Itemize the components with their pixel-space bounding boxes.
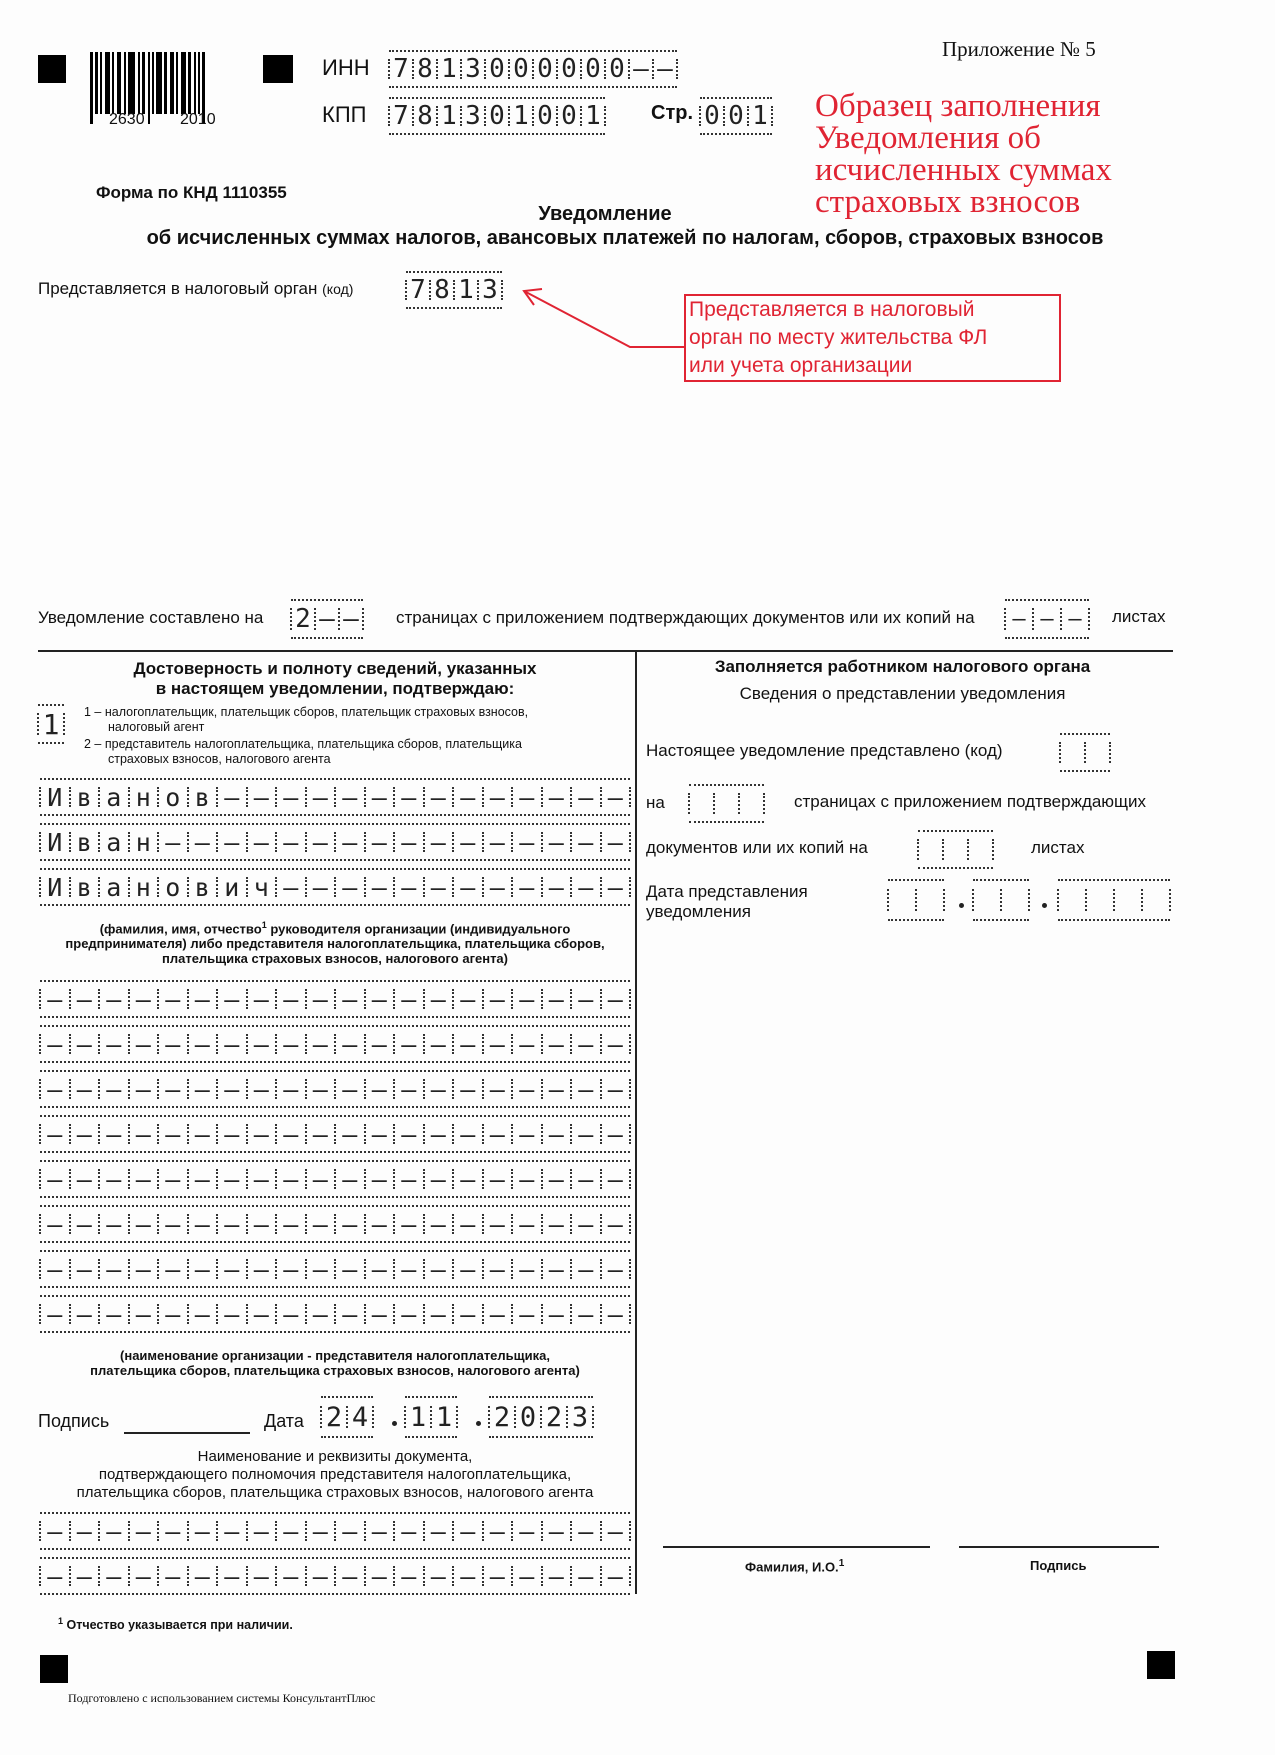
char-cell[interactable]: – <box>99 1559 129 1593</box>
char-cell[interactable]: – <box>394 982 424 1016</box>
char-cell[interactable]: – <box>276 1514 306 1548</box>
char-cell[interactable]: – <box>188 1297 218 1331</box>
char-cell[interactable]: – <box>306 1162 336 1196</box>
char-cell[interactable]: – <box>70 982 100 1016</box>
char-cell[interactable]: – <box>394 1162 424 1196</box>
char-cell[interactable]: – <box>424 780 454 814</box>
char-cell[interactable]: – <box>247 1514 277 1548</box>
char-cell[interactable]: – <box>453 1072 483 1106</box>
name-row[interactable]: Иванов–––––––––––––– <box>40 778 630 816</box>
char-cell[interactable]: – <box>483 982 513 1016</box>
char-cell[interactable]: – <box>483 870 513 904</box>
char-cell[interactable]: – <box>571 825 601 859</box>
char-cell[interactable]: а <box>99 825 129 859</box>
char-cell[interactable] <box>888 881 916 919</box>
char-cell[interactable]: – <box>99 1072 129 1106</box>
char-cell[interactable]: – <box>335 1252 365 1286</box>
char-cell[interactable]: – <box>339 601 363 637</box>
char-cell[interactable]: – <box>217 1072 247 1106</box>
char-cell[interactable]: – <box>217 1559 247 1593</box>
char-cell[interactable]: – <box>394 1207 424 1241</box>
char-cell[interactable]: 3 <box>567 1398 593 1436</box>
char-cell[interactable]: – <box>512 870 542 904</box>
char-cell[interactable]: в <box>188 870 218 904</box>
char-cell[interactable]: – <box>571 982 601 1016</box>
char-cell[interactable]: – <box>453 1252 483 1286</box>
char-cell[interactable]: – <box>424 1297 454 1331</box>
char-cell[interactable]: а <box>99 870 129 904</box>
char-cell[interactable]: – <box>40 1162 70 1196</box>
page-number-field[interactable]: 001 <box>700 97 772 135</box>
char-cell[interactable]: – <box>571 1072 601 1106</box>
char-cell[interactable]: – <box>247 1252 277 1286</box>
char-cell[interactable]: – <box>571 1162 601 1196</box>
char-cell[interactable]: – <box>217 1027 247 1061</box>
char-cell[interactable]: 7 <box>389 99 413 133</box>
received-sheets-field[interactable] <box>918 830 993 869</box>
char-cell[interactable]: – <box>276 1559 306 1593</box>
char-cell[interactable]: – <box>653 52 677 86</box>
char-cell[interactable]: – <box>601 1207 631 1241</box>
char-cell[interactable]: – <box>542 1252 572 1286</box>
char-cell[interactable]: 0 <box>581 52 605 86</box>
char-cell[interactable]: 1 <box>454 273 478 307</box>
char-cell[interactable]: – <box>512 1072 542 1106</box>
char-cell[interactable]: 1 <box>431 1398 457 1436</box>
org-name-row[interactable]: –––––––––––––––––––– <box>40 1070 630 1108</box>
char-cell[interactable]: – <box>512 1162 542 1196</box>
char-cell[interactable]: – <box>188 1072 218 1106</box>
char-cell[interactable]: – <box>571 1514 601 1548</box>
char-cell[interactable]: И <box>40 870 70 904</box>
char-cell[interactable]: – <box>217 1207 247 1241</box>
char-cell[interactable] <box>689 786 714 821</box>
char-cell[interactable]: в <box>70 870 100 904</box>
date-year-field[interactable]: 2023 <box>489 1396 593 1438</box>
char-cell[interactable]: – <box>542 1117 572 1151</box>
org-name-row[interactable]: –––––––––––––––––––– <box>40 1160 630 1198</box>
char-cell[interactable] <box>739 786 764 821</box>
char-cell[interactable]: – <box>158 1072 188 1106</box>
char-cell[interactable]: – <box>306 1072 336 1106</box>
char-cell[interactable]: 8 <box>413 99 437 133</box>
char-cell[interactable]: – <box>335 1027 365 1061</box>
char-cell[interactable]: – <box>217 780 247 814</box>
char-cell[interactable]: – <box>188 1207 218 1241</box>
char-cell[interactable]: – <box>306 1117 336 1151</box>
char-cell[interactable]: – <box>512 1207 542 1241</box>
char-cell[interactable]: – <box>424 1514 454 1548</box>
char-cell[interactable]: – <box>129 1559 159 1593</box>
received-pages-field[interactable] <box>689 784 764 823</box>
char-cell[interactable]: – <box>306 982 336 1016</box>
char-cell[interactable]: – <box>158 1514 188 1548</box>
char-cell[interactable]: – <box>247 1559 277 1593</box>
char-cell[interactable]: – <box>453 1162 483 1196</box>
signature-line[interactable] <box>124 1432 250 1434</box>
char-cell[interactable]: – <box>40 982 70 1016</box>
char-cell[interactable]: – <box>571 1559 601 1593</box>
char-cell[interactable]: – <box>158 1117 188 1151</box>
char-cell[interactable]: – <box>453 1027 483 1061</box>
char-cell[interactable]: – <box>601 1072 631 1106</box>
submission-day-field[interactable] <box>888 879 944 921</box>
char-cell[interactable]: И <box>40 825 70 859</box>
char-cell[interactable]: – <box>306 1027 336 1061</box>
char-cell[interactable]: – <box>276 1117 306 1151</box>
char-cell[interactable]: – <box>453 870 483 904</box>
char-cell[interactable]: о <box>158 780 188 814</box>
char-cell[interactable]: – <box>394 870 424 904</box>
char-cell[interactable]: – <box>335 982 365 1016</box>
char-cell[interactable]: – <box>542 825 572 859</box>
char-cell[interactable]: 2 <box>489 1398 515 1436</box>
char-cell[interactable]: – <box>424 1207 454 1241</box>
org-name-row[interactable]: –––––––––––––––––––– <box>40 1250 630 1288</box>
char-cell[interactable] <box>918 832 943 867</box>
char-cell[interactable]: – <box>188 982 218 1016</box>
char-cell[interactable]: – <box>601 1514 631 1548</box>
char-cell[interactable]: – <box>276 982 306 1016</box>
char-cell[interactable]: – <box>601 1162 631 1196</box>
char-cell[interactable]: 2 <box>291 601 315 637</box>
char-cell[interactable]: – <box>306 870 336 904</box>
char-cell[interactable]: – <box>99 982 129 1016</box>
char-cell[interactable]: – <box>188 1162 218 1196</box>
char-cell[interactable]: – <box>365 1514 395 1548</box>
char-cell[interactable]: – <box>571 1117 601 1151</box>
char-cell[interactable]: – <box>394 780 424 814</box>
date-month-field[interactable]: 11 <box>405 1396 457 1438</box>
char-cell[interactable]: – <box>394 1514 424 1548</box>
char-cell[interactable]: – <box>306 825 336 859</box>
char-cell[interactable]: – <box>424 1559 454 1593</box>
org-name-row[interactable]: –––––––––––––––––––– <box>40 1025 630 1063</box>
char-cell[interactable]: – <box>217 1252 247 1286</box>
char-cell[interactable]: – <box>453 825 483 859</box>
char-cell[interactable]: 0 <box>485 52 509 86</box>
char-cell[interactable]: – <box>601 1297 631 1331</box>
org-name-row[interactable]: –––––––––––––––––––– <box>40 1115 630 1153</box>
char-cell[interactable]: – <box>40 1514 70 1548</box>
char-cell[interactable]: – <box>601 1117 631 1151</box>
char-cell[interactable]: – <box>129 1207 159 1241</box>
char-cell[interactable]: 1 <box>437 99 461 133</box>
char-cell[interactable]: – <box>365 825 395 859</box>
char-cell[interactable]: – <box>276 1252 306 1286</box>
char-cell[interactable]: – <box>571 1252 601 1286</box>
char-cell[interactable]: – <box>453 1207 483 1241</box>
char-cell[interactable]: – <box>158 1162 188 1196</box>
char-cell[interactable]: в <box>188 780 218 814</box>
char-cell[interactable]: – <box>424 1162 454 1196</box>
char-cell[interactable]: – <box>365 780 395 814</box>
char-cell[interactable]: 1 <box>405 1398 431 1436</box>
char-cell[interactable]: – <box>335 1207 365 1241</box>
char-cell[interactable] <box>1060 735 1085 770</box>
char-cell[interactable]: о <box>158 870 188 904</box>
char-cell[interactable]: – <box>394 1072 424 1106</box>
char-cell[interactable]: – <box>99 1514 129 1548</box>
char-cell[interactable]: – <box>70 1559 100 1593</box>
char-cell[interactable]: 0 <box>485 99 509 133</box>
submitted-code-field[interactable] <box>1060 733 1110 772</box>
char-cell[interactable]: – <box>158 825 188 859</box>
char-cell[interactable]: – <box>306 1514 336 1548</box>
char-cell[interactable]: – <box>276 780 306 814</box>
char-cell[interactable]: – <box>1005 601 1033 637</box>
char-cell[interactable]: – <box>188 1027 218 1061</box>
char-cell[interactable]: – <box>483 1514 513 1548</box>
char-cell[interactable]: – <box>40 1207 70 1241</box>
char-cell[interactable] <box>973 881 1001 919</box>
char-cell[interactable]: – <box>306 1252 336 1286</box>
char-cell[interactable]: 2 <box>321 1398 347 1436</box>
char-cell[interactable]: – <box>512 1117 542 1151</box>
char-cell[interactable]: и <box>217 870 247 904</box>
char-cell[interactable]: – <box>99 1117 129 1151</box>
char-cell[interactable]: – <box>424 1117 454 1151</box>
char-cell[interactable]: – <box>129 1252 159 1286</box>
char-cell[interactable]: – <box>483 1252 513 1286</box>
char-cell[interactable]: – <box>483 825 513 859</box>
char-cell[interactable]: – <box>453 1514 483 1548</box>
char-cell[interactable]: 3 <box>478 273 502 307</box>
org-name-row[interactable]: –––––––––––––––––––– <box>40 1205 630 1243</box>
char-cell[interactable]: – <box>542 1514 572 1548</box>
char-cell[interactable]: – <box>247 1027 277 1061</box>
char-cell[interactable]: 0 <box>724 99 748 133</box>
char-cell[interactable]: – <box>99 1027 129 1061</box>
char-cell[interactable]: – <box>365 1297 395 1331</box>
char-cell[interactable]: 1 <box>581 99 605 133</box>
char-cell[interactable]: – <box>394 1559 424 1593</box>
char-cell[interactable]: – <box>542 1207 572 1241</box>
char-cell[interactable]: – <box>247 982 277 1016</box>
char-cell[interactable]: – <box>70 1252 100 1286</box>
char-cell[interactable]: 0 <box>515 1398 541 1436</box>
char-cell[interactable]: – <box>365 1027 395 1061</box>
char-cell[interactable]: – <box>188 1514 218 1548</box>
signer-type-field[interactable]: 1 <box>38 704 64 744</box>
char-cell[interactable]: – <box>365 1207 395 1241</box>
char-cell[interactable]: – <box>601 1027 631 1061</box>
char-cell[interactable]: 1 <box>437 52 461 86</box>
char-cell[interactable]: – <box>571 1297 601 1331</box>
auth-document-row[interactable]: –––––––––––––––––––– <box>40 1557 630 1595</box>
char-cell[interactable]: – <box>40 1297 70 1331</box>
char-cell[interactable]: – <box>99 1252 129 1286</box>
char-cell[interactable]: – <box>247 1297 277 1331</box>
char-cell[interactable]: – <box>188 1252 218 1286</box>
char-cell[interactable]: – <box>306 780 336 814</box>
char-cell[interactable]: – <box>335 1117 365 1151</box>
char-cell[interactable]: – <box>247 1072 277 1106</box>
char-cell[interactable]: – <box>542 1027 572 1061</box>
tax-authority-code-field[interactable]: 7813 <box>406 271 502 309</box>
submission-month-field[interactable] <box>973 879 1029 921</box>
char-cell[interactable]: – <box>247 1162 277 1196</box>
char-cell[interactable]: – <box>70 1207 100 1241</box>
char-cell[interactable]: – <box>365 1252 395 1286</box>
char-cell[interactable]: – <box>129 982 159 1016</box>
char-cell[interactable]: – <box>335 1162 365 1196</box>
officer-signature-line[interactable] <box>959 1546 1159 1548</box>
char-cell[interactable]: – <box>217 1297 247 1331</box>
char-cell[interactable]: – <box>158 1559 188 1593</box>
char-cell[interactable]: – <box>335 1297 365 1331</box>
kpp-field[interactable]: 781301001 <box>389 97 605 135</box>
char-cell[interactable]: – <box>542 1559 572 1593</box>
char-cell[interactable]: – <box>40 1072 70 1106</box>
char-cell[interactable]: – <box>601 1559 631 1593</box>
char-cell[interactable]: – <box>571 1207 601 1241</box>
date-day-field[interactable]: 24 <box>321 1396 373 1438</box>
char-cell[interactable]: 0 <box>700 99 724 133</box>
char-cell[interactable]: – <box>335 870 365 904</box>
char-cell[interactable]: н <box>129 780 159 814</box>
char-cell[interactable]: – <box>424 1027 454 1061</box>
char-cell[interactable]: – <box>512 1297 542 1331</box>
char-cell[interactable]: – <box>217 1514 247 1548</box>
char-cell[interactable]: – <box>483 1117 513 1151</box>
char-cell[interactable]: – <box>512 1027 542 1061</box>
char-cell[interactable]: 1 <box>38 706 64 742</box>
char-cell[interactable]: – <box>188 825 218 859</box>
char-cell[interactable]: – <box>188 1117 218 1151</box>
char-cell[interactable]: – <box>483 1027 513 1061</box>
char-cell[interactable]: – <box>276 1027 306 1061</box>
char-cell[interactable]: 7 <box>406 273 430 307</box>
char-cell[interactable]: – <box>217 982 247 1016</box>
char-cell[interactable]: – <box>99 1297 129 1331</box>
char-cell[interactable]: – <box>601 870 631 904</box>
char-cell[interactable]: – <box>99 1207 129 1241</box>
char-cell[interactable] <box>968 832 993 867</box>
surname-line[interactable] <box>663 1546 930 1548</box>
char-cell[interactable]: – <box>40 1027 70 1061</box>
char-cell[interactable]: – <box>129 1514 159 1548</box>
sheets-count-field[interactable]: ––– <box>1005 599 1089 639</box>
char-cell[interactable]: – <box>365 1072 395 1106</box>
char-cell[interactable]: И <box>40 780 70 814</box>
char-cell[interactable] <box>714 786 739 821</box>
char-cell[interactable]: – <box>394 1117 424 1151</box>
org-name-row[interactable]: –––––––––––––––––––– <box>40 1295 630 1333</box>
char-cell[interactable] <box>1086 881 1114 919</box>
char-cell[interactable]: – <box>601 1252 631 1286</box>
char-cell[interactable]: – <box>542 1072 572 1106</box>
char-cell[interactable]: – <box>276 1297 306 1331</box>
char-cell[interactable]: н <box>129 825 159 859</box>
char-cell[interactable]: – <box>424 1072 454 1106</box>
char-cell[interactable]: – <box>129 1162 159 1196</box>
char-cell[interactable]: – <box>424 982 454 1016</box>
char-cell[interactable]: – <box>424 870 454 904</box>
char-cell[interactable]: – <box>424 825 454 859</box>
char-cell[interactable]: 2 <box>541 1398 567 1436</box>
char-cell[interactable]: – <box>365 1162 395 1196</box>
char-cell[interactable]: 0 <box>557 99 581 133</box>
char-cell[interactable]: – <box>453 1297 483 1331</box>
char-cell[interactable]: – <box>70 1297 100 1331</box>
char-cell[interactable]: – <box>483 1207 513 1241</box>
char-cell[interactable]: – <box>483 1072 513 1106</box>
char-cell[interactable]: – <box>158 1252 188 1286</box>
char-cell[interactable]: ч <box>247 870 277 904</box>
char-cell[interactable]: 1 <box>509 99 533 133</box>
char-cell[interactable]: – <box>188 1559 218 1593</box>
char-cell[interactable]: в <box>70 780 100 814</box>
char-cell[interactable]: в <box>70 825 100 859</box>
char-cell[interactable]: – <box>335 1559 365 1593</box>
pages-count-field[interactable]: 2–– <box>291 599 363 639</box>
char-cell[interactable]: – <box>217 1117 247 1151</box>
char-cell[interactable]: – <box>571 1027 601 1061</box>
char-cell[interactable]: – <box>335 1514 365 1548</box>
char-cell[interactable]: – <box>276 1072 306 1106</box>
char-cell[interactable]: 0 <box>533 52 557 86</box>
char-cell[interactable]: – <box>99 1162 129 1196</box>
char-cell[interactable]: 4 <box>347 1398 373 1436</box>
char-cell[interactable]: – <box>247 825 277 859</box>
char-cell[interactable]: – <box>512 1514 542 1548</box>
char-cell[interactable]: – <box>365 982 395 1016</box>
char-cell[interactable]: – <box>217 1162 247 1196</box>
char-cell[interactable]: н <box>129 870 159 904</box>
char-cell[interactable]: – <box>217 825 247 859</box>
char-cell[interactable]: – <box>40 1559 70 1593</box>
char-cell[interactable]: – <box>158 1297 188 1331</box>
char-cell[interactable]: – <box>335 1072 365 1106</box>
char-cell[interactable]: а <box>99 780 129 814</box>
char-cell[interactable]: 3 <box>461 99 485 133</box>
char-cell[interactable]: – <box>453 780 483 814</box>
char-cell[interactable]: – <box>70 1514 100 1548</box>
char-cell[interactable]: 3 <box>461 52 485 86</box>
char-cell[interactable]: 0 <box>605 52 629 86</box>
name-row[interactable]: Иванович–––––––––––– <box>40 868 630 906</box>
char-cell[interactable]: – <box>247 1117 277 1151</box>
char-cell[interactable]: – <box>129 1117 159 1151</box>
char-cell[interactable]: – <box>394 1297 424 1331</box>
char-cell[interactable]: – <box>1033 601 1061 637</box>
submission-year-field[interactable] <box>1058 879 1170 921</box>
char-cell[interactable]: – <box>601 780 631 814</box>
char-cell[interactable]: – <box>306 1559 336 1593</box>
char-cell[interactable]: – <box>542 982 572 1016</box>
char-cell[interactable]: – <box>247 1207 277 1241</box>
char-cell[interactable] <box>1142 881 1170 919</box>
char-cell[interactable]: – <box>542 1297 572 1331</box>
char-cell[interactable]: – <box>394 825 424 859</box>
char-cell[interactable]: – <box>40 1117 70 1151</box>
char-cell[interactable]: – <box>512 982 542 1016</box>
char-cell[interactable]: 8 <box>430 273 454 307</box>
char-cell[interactable]: – <box>70 1027 100 1061</box>
char-cell[interactable]: – <box>512 1559 542 1593</box>
char-cell[interactable]: – <box>512 1252 542 1286</box>
char-cell[interactable]: – <box>394 1027 424 1061</box>
char-cell[interactable]: 0 <box>509 52 533 86</box>
char-cell[interactable]: – <box>601 982 631 1016</box>
char-cell[interactable]: 0 <box>557 52 581 86</box>
char-cell[interactable]: – <box>129 1297 159 1331</box>
char-cell[interactable]: 1 <box>748 99 772 133</box>
char-cell[interactable]: – <box>335 780 365 814</box>
char-cell[interactable] <box>943 832 968 867</box>
auth-document-row[interactable]: –––––––––––––––––––– <box>40 1512 630 1550</box>
